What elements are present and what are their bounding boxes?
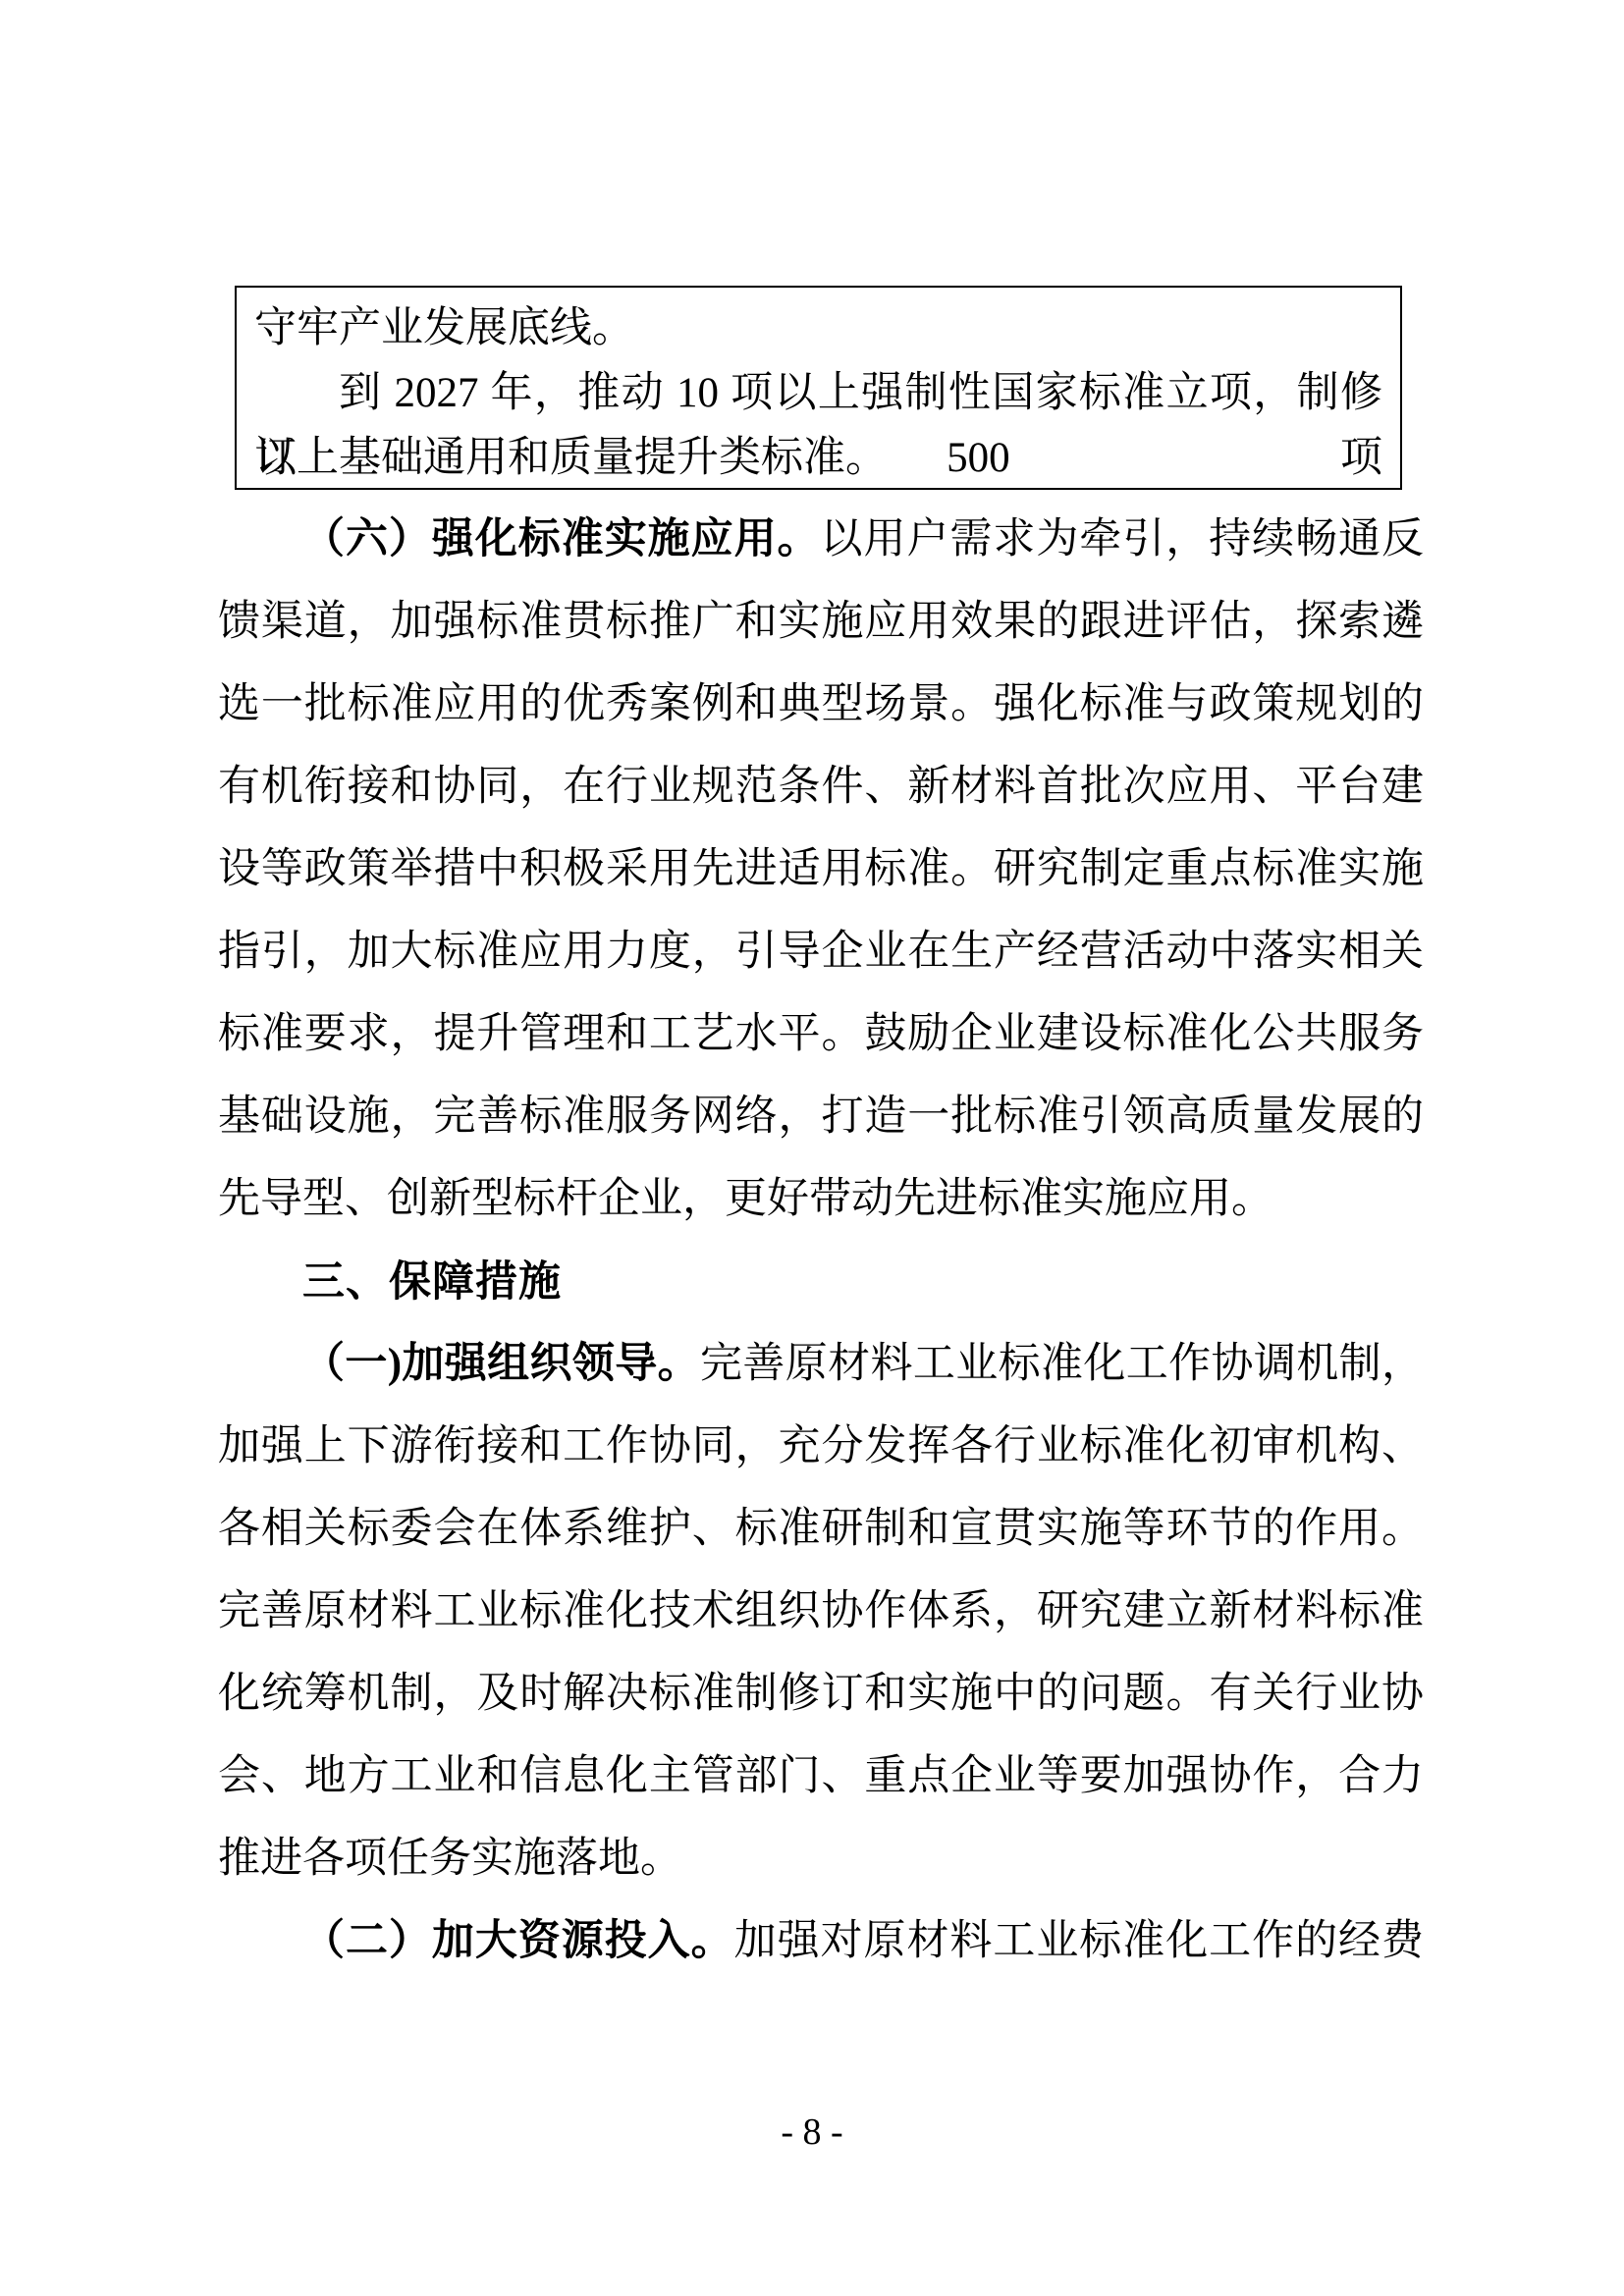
line-text: 加强上下游衔接和工作协同，充分发挥各行业标准化初审机构、 <box>218 1423 1424 1469</box>
target-summary-box: 守牢产业发展底线。到 2027 年，推动 10 项以上强制性国家标准立项，制修订… <box>235 286 1402 490</box>
page-number: - 8 - <box>0 2109 1624 2156</box>
text-line: 推进各项任务实施落地。 <box>218 1818 1424 1900</box>
text-line: 会、地方工业和信息化主管部门、重点企业等要加强协作，合力 <box>218 1735 1424 1818</box>
line-text: 有机衔接和协同，在行业规范条件、新材料首批次应用、平台建 <box>218 764 1424 810</box>
text-line: 设等政策举措中积极采用先进适用标准。研究制定重点标准实施 <box>218 828 1424 911</box>
line-text: 加强对原材料工业标准化工作的经费 <box>734 1918 1424 1964</box>
text-line: 完善原材料工业标准化技术组织协作体系，研究建立新材料标准 <box>218 1571 1424 1653</box>
line-text: 完善原材料工业标准化技术组织协作体系，研究建立新材料标准 <box>218 1588 1424 1634</box>
text-line: 有机衔接和协同，在行业规范条件、新材料首批次应用、平台建 <box>218 746 1424 828</box>
text-line: 加强上下游衔接和工作协同，充分发挥各行业标准化初审机构、 <box>218 1406 1424 1488</box>
document-body: （六）强化标准实施应用。以用户需求为牵引，持续畅通反馈渠道，加强标准贯标推广和实… <box>218 499 1424 1983</box>
document-page: 守牢产业发展底线。到 2027 年，推动 10 项以上强制性国家标准立项，制修订… <box>0 0 1624 2296</box>
text-line: 各相关标委会在体系维护、标准研制和宣贯实施等环节的作用。 <box>218 1488 1424 1571</box>
text-line: （六）强化标准实施应用。以用户需求为牵引，持续畅通反 <box>218 499 1424 581</box>
text-line: 馈渠道，加强标准贯标推广和实施应用效果的跟进评估，探索遴 <box>218 581 1424 664</box>
line-text: 推进各项任务实施落地。 <box>218 1836 682 1882</box>
line-text: 基础设施，完善标准服务网络，打造一批标准引领高质量发展的 <box>218 1094 1424 1140</box>
line-text: 以上基础通用和质量提升类标准。 <box>254 435 888 481</box>
text-line: 选一批标准应用的优秀案例和典型场景。强化标准与政策规划的 <box>218 664 1424 746</box>
text-line: 先导型、创新型标杆企业，更好带动先进标准实施应用。 <box>218 1158 1424 1241</box>
line-text: 选一批标准应用的优秀案例和典型场景。强化标准与政策规划的 <box>218 681 1424 727</box>
line-bold-segment: 三、保障措施 <box>302 1258 562 1306</box>
line-text: 会、地方工业和信息化主管部门、重点企业等要加强协作，合力 <box>218 1753 1424 1799</box>
text-line: 到 2027 年，推动 10 项以上强制性国家标准立项，制修订 500 项 <box>254 361 1382 426</box>
line-text: 以用户需求为牵引，持续畅通反 <box>821 516 1424 562</box>
text-line: 化统筹机制，及时解决标准制修订和实施中的问题。有关行业协 <box>218 1653 1424 1735</box>
text-line: 守牢产业发展底线。 <box>254 296 1382 361</box>
line-text: 化统筹机制，及时解决标准制修订和实施中的问题。有关行业协 <box>218 1671 1424 1717</box>
line-text: 指引，加大标准应用力度，引导企业在生产经营活动中落实相关 <box>218 929 1424 975</box>
line-bold-segment: （二）加大资源投入。 <box>302 1918 734 1964</box>
text-line: 三、保障措施 <box>218 1241 1424 1323</box>
text-line: （一)加强组织领导。完善原材料工业标准化工作协调机制， <box>218 1323 1424 1406</box>
line-text: 完善原材料工业标准化工作协调机制， <box>700 1341 1424 1387</box>
text-line: 标准要求，提升管理和工艺水平。鼓励企业建设标准化公共服务 <box>218 993 1424 1076</box>
line-text: 馈渠道，加强标准贯标推广和实施应用效果的跟进评估，探索遴 <box>218 599 1424 645</box>
line-text: 守牢产业发展底线。 <box>254 305 634 351</box>
text-line: 指引，加大标准应用力度，引导企业在生产经营活动中落实相关 <box>218 911 1424 993</box>
text-line: 基础设施，完善标准服务网络，打造一批标准引领高质量发展的 <box>218 1076 1424 1158</box>
line-text: 标准要求，提升管理和工艺水平。鼓励企业建设标准化公共服务 <box>218 1011 1424 1057</box>
text-line: （二）加大资源投入。加强对原材料工业标准化工作的经费 <box>218 1900 1424 1983</box>
line-text: 设等政策举措中积极采用先进适用标准。研究制定重点标准实施 <box>218 846 1424 892</box>
line-text: 各相关标委会在体系维护、标准研制和宣贯实施等环节的作用。 <box>218 1506 1424 1552</box>
line-text: 先导型、创新型标杆企业，更好带动先进标准实施应用。 <box>218 1176 1273 1222</box>
line-bold-segment: （一)加强组织领导。 <box>302 1341 700 1387</box>
line-bold-segment: （六）强化标准实施应用。 <box>302 516 821 562</box>
